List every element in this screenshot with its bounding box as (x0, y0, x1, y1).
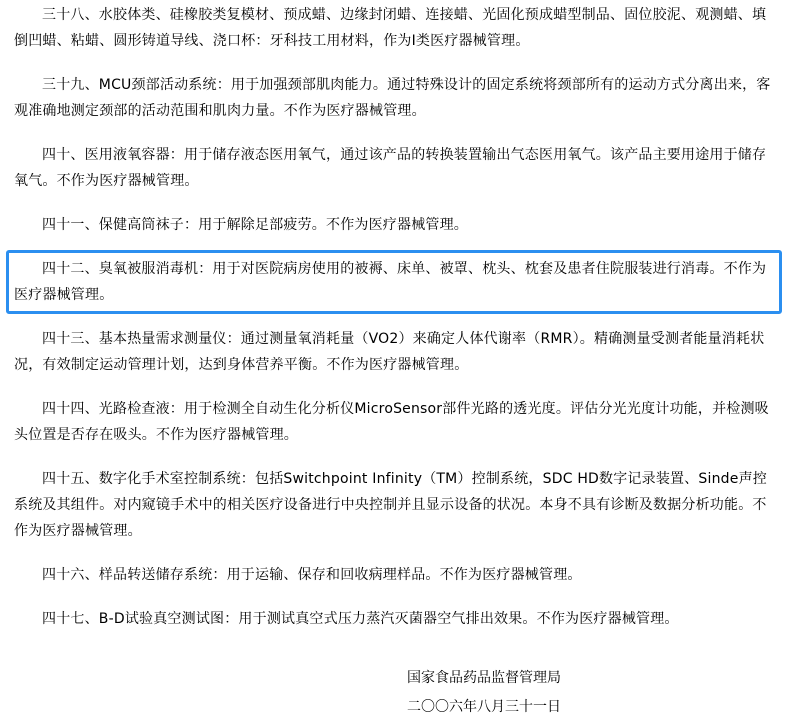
paragraph-item-43: 四十三、基本热量需求测量仪：通过测量氧消耗量（VO2）来确定人体代谢率（RMR）… (14, 326, 776, 378)
paragraph-item-39: 三十九、MCU颈部活动系统：用于加强颈部肌肉能力。通过特殊设计的固定系统将颈部所… (14, 72, 776, 124)
paragraph-item-40: 四十、医用液氧容器：用于储存液态医用氧气，通过该产品的转换装置输出气态医用氧气。… (14, 142, 776, 194)
paragraph-item-47: 四十七、B-D试验真空测试图：用于测试真空式压力蒸汽灭菌器空气排出效果。不作为医… (14, 606, 776, 632)
paragraph-item-45: 四十五、数字化手术室控制系统：包括Switchpoint Infinity（TM… (14, 466, 776, 544)
paragraph-item-44: 四十四、光路检查液：用于检测全自动生化分析仪MicroSensor部件光路的透光… (14, 396, 776, 448)
paragraph-item-46: 四十六、样品转送储存系统：用于运输、保存和回收病理样品。不作为医疗器械管理。 (14, 562, 776, 588)
signature-block: 国家食品药品监督管理局 二〇〇六年八月三十一日 (407, 664, 561, 722)
paragraph-item-41: 四十一、保健高筒袜子：用于解除足部疲劳。不作为医疗器械管理。 (14, 212, 776, 238)
issuing-agency: 国家食品药品监督管理局 (407, 664, 561, 693)
document-body: 三十八、水胶体类、硅橡胶类复模材、预成蜡、边缘封闭蜡、连接蜡、光固化预成蜡型制品… (14, 2, 776, 632)
issue-date: 二〇〇六年八月三十一日 (407, 693, 561, 722)
paragraph-item-42-highlighted[interactable]: 四十二、臭氧被服消毒机：用于对医院病房使用的被褥、床单、被罩、枕头、枕套及患者住… (14, 256, 776, 308)
paragraph-item-38: 三十八、水胶体类、硅橡胶类复模材、预成蜡、边缘封闭蜡、连接蜡、光固化预成蜡型制品… (14, 2, 776, 54)
